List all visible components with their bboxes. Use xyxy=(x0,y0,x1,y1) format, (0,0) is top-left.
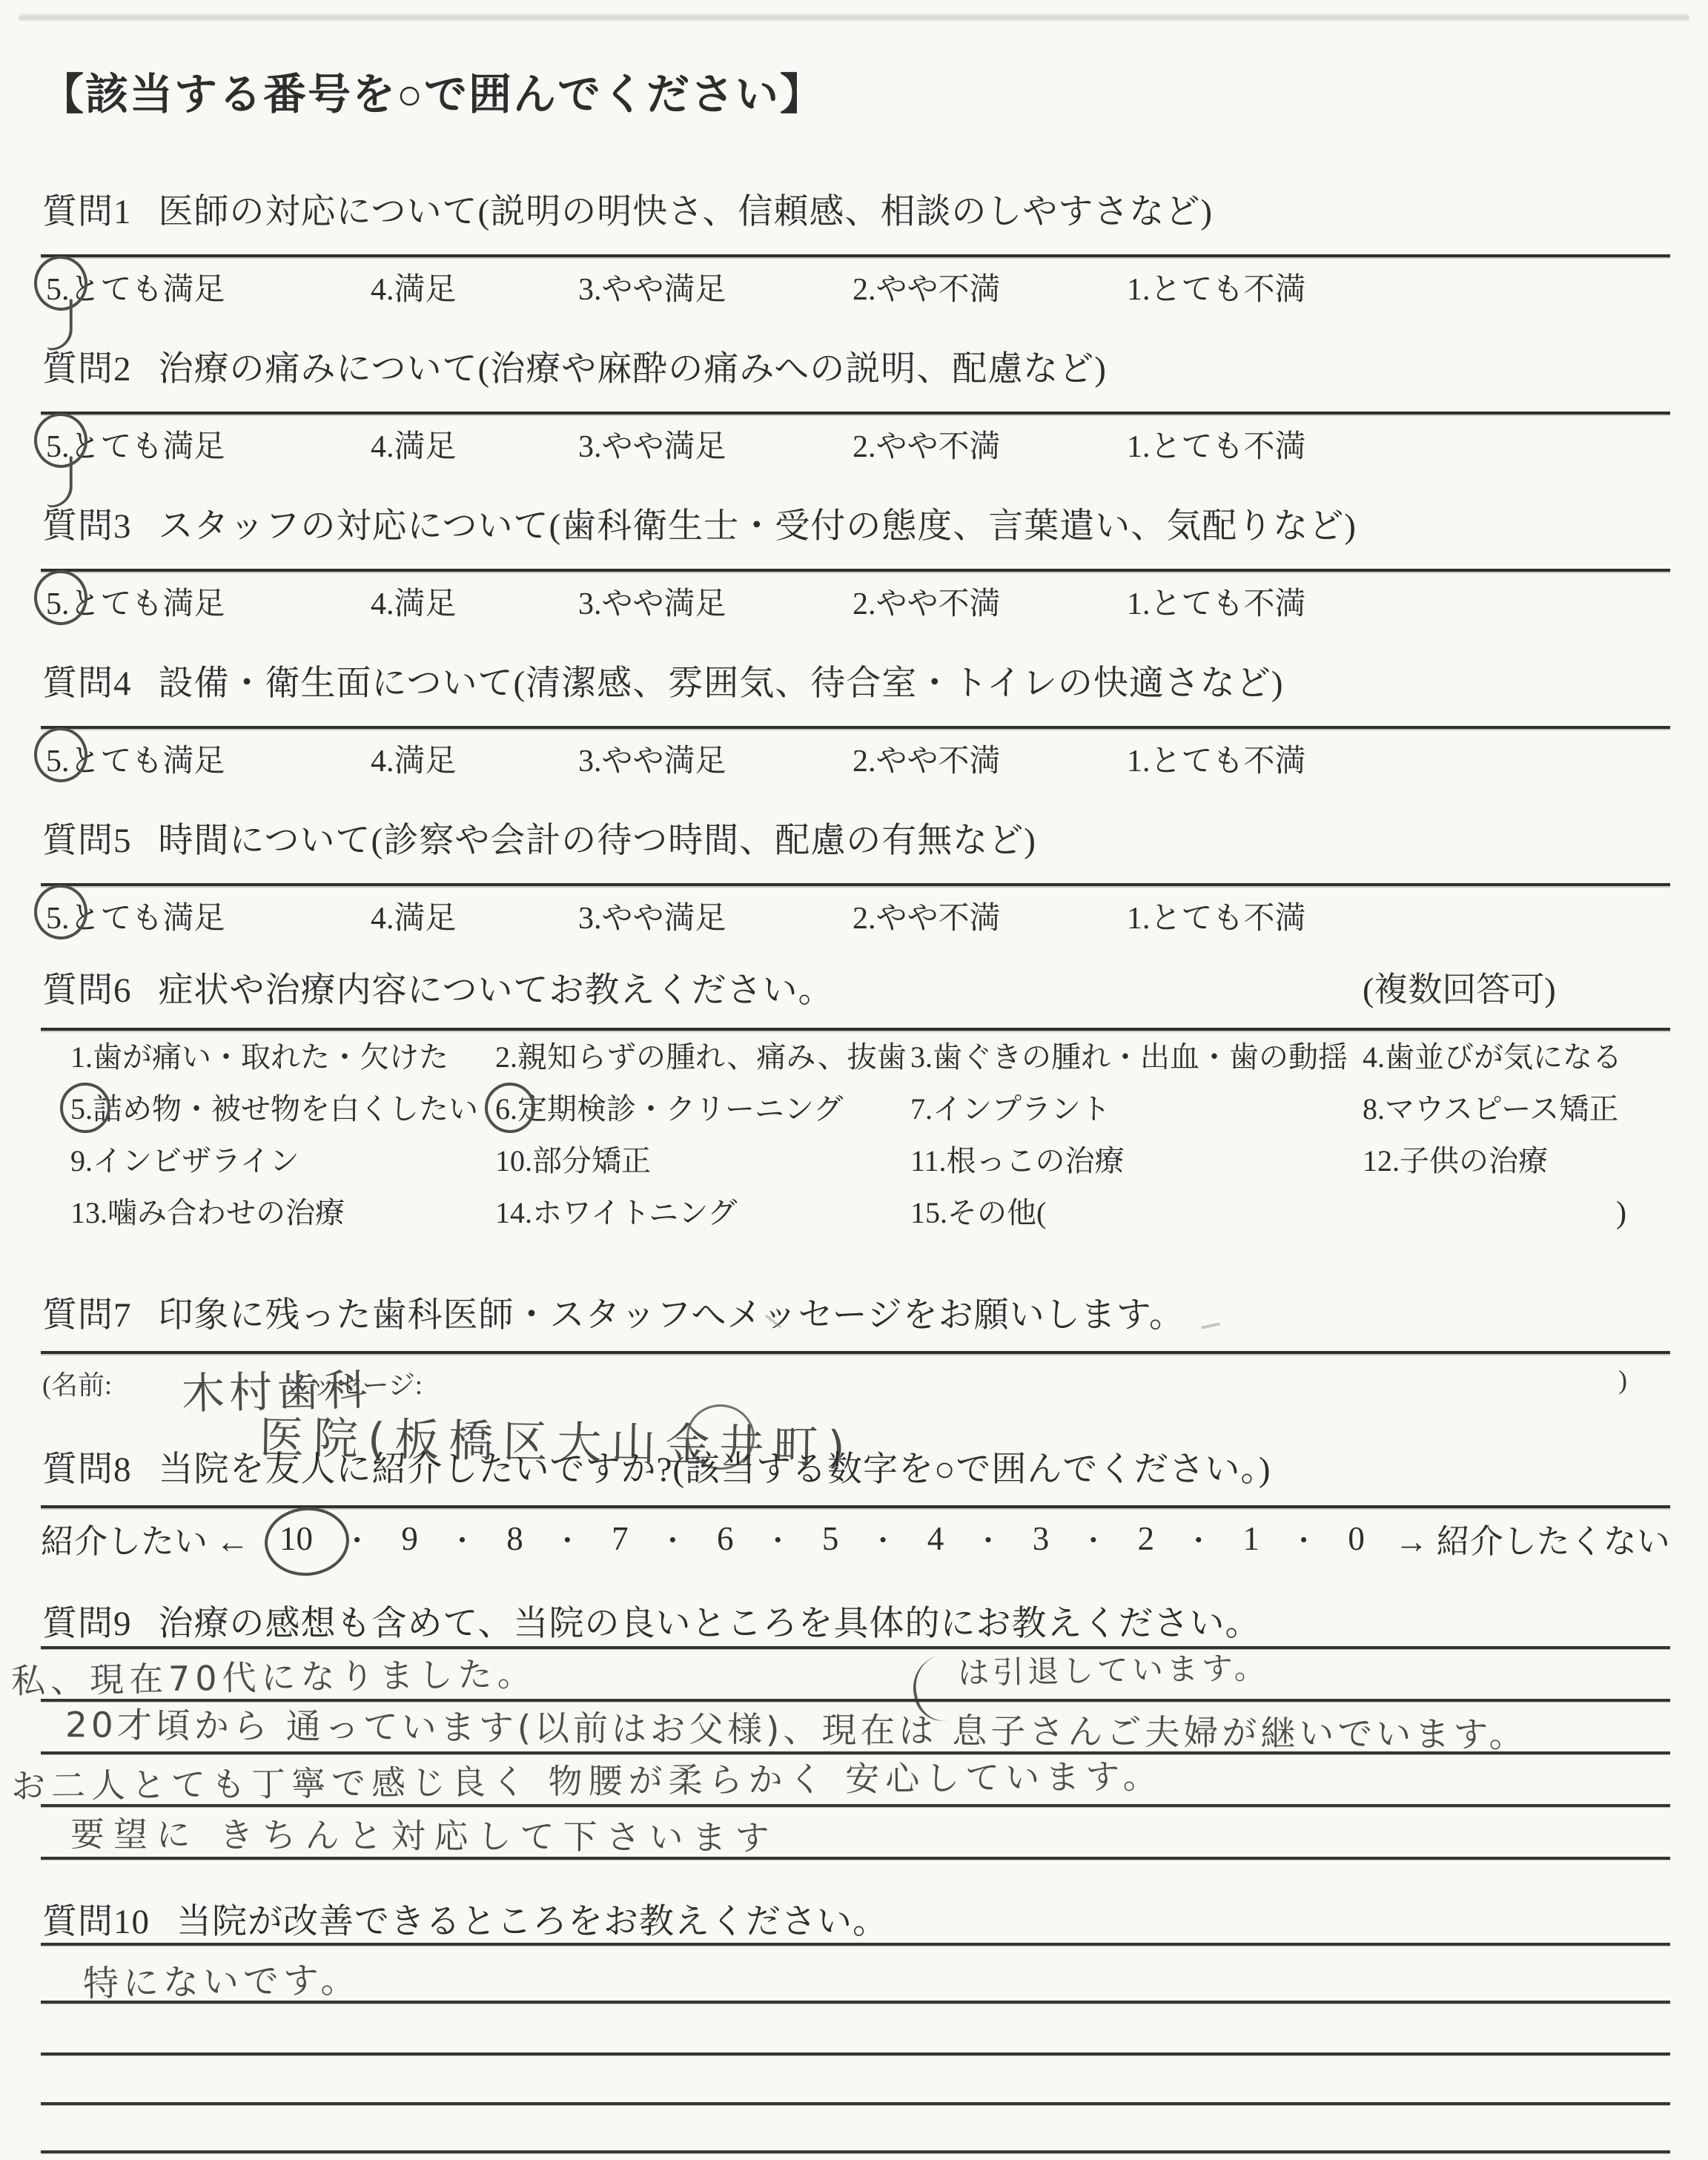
scale-number: 4 xyxy=(927,1519,944,1558)
answer-line-blank xyxy=(41,2052,1670,2055)
scale-number: 9 xyxy=(401,1519,418,1558)
multiple-answers-note: (複数回答可) xyxy=(1363,962,1556,1011)
scale-dot: ・ xyxy=(869,1518,897,1559)
question-9-label: 質問9 xyxy=(42,1605,132,1643)
divider-line xyxy=(41,1351,1670,1354)
option-label: 5.とても満足 xyxy=(46,744,225,779)
scale-dot: ・ xyxy=(1079,1518,1108,1559)
question-5-title: 時間について(診察や会計の待つ時間、配慮の有無など) xyxy=(159,822,1036,860)
question-7-title: 印象に残った歯科医師・スタッフへメッセージをお願いします。 xyxy=(159,1296,1185,1335)
handwritten-answer-line-1: 私、現在70代になりました。 xyxy=(11,1647,537,1703)
q6-item-label: 5.詰め物・被せ物を白くしたい xyxy=(70,1092,478,1126)
answer-line xyxy=(41,1804,1670,1807)
divider-line xyxy=(41,883,1670,886)
scan-artifact-top xyxy=(19,13,1689,22)
scale-left-label: 紹介したい ← xyxy=(41,1514,249,1562)
scale-dot: ・ xyxy=(448,1518,477,1559)
answer-line xyxy=(41,2001,1670,2004)
option-3: 3.やや満足 xyxy=(578,894,726,938)
divider-line xyxy=(41,1943,1670,1946)
question-1-header: 質問1医師の対応について(説明の明快さ、信頼感、相談のしやすさなど) xyxy=(42,184,1213,234)
scale-dot: ・ xyxy=(343,1518,371,1559)
q6-item-9: 9.インビザライン xyxy=(70,1142,478,1194)
answer-line xyxy=(41,1857,1670,1860)
q6-item-13: 13.噛み合わせの治療 xyxy=(70,1194,478,1246)
option-3: 3.やや満足 xyxy=(578,265,726,309)
q6-other-close-paren: ) xyxy=(1616,1195,1626,1231)
scale-dot: ・ xyxy=(553,1518,581,1559)
question-8-title: 当院を友人に紹介したいですか?(該当する数字を○で囲んでください。) xyxy=(159,1450,1271,1489)
q6-item-8: 8.マウスピース矯正 xyxy=(1363,1090,1622,1142)
question-1-title: 医師の対応について(説明の明快さ、信頼感、相談のしやすさなど) xyxy=(159,193,1213,231)
answer-line xyxy=(41,1646,1670,1649)
option-1: 1.とても不満 xyxy=(1127,422,1306,466)
option-3: 3.やや満足 xyxy=(578,579,726,624)
question-6-header: 質問6症状や治療内容についてお教えください。 xyxy=(42,962,834,1012)
question-7-label: 質問7 xyxy=(42,1296,132,1335)
option-5-selected: 5.とても満足 xyxy=(46,579,225,624)
q6-item-10: 10.部分矯正 xyxy=(495,1142,907,1194)
option-label: 5.とても満足 xyxy=(46,430,225,464)
question-4-header: 質問4設備・衛生面について(清潔感、雰囲気、待合室・トイレの快適さなど) xyxy=(42,655,1284,705)
question-3-label: 質問3 xyxy=(42,507,132,546)
option-4: 4.満足 xyxy=(371,736,457,781)
handwritten-answer-line-3: お二人とても丁寧で感じ良く 物腰が柔らかく 安心しています。 xyxy=(11,1749,1163,1809)
scale-number: 0 xyxy=(1348,1519,1365,1558)
q6-item-2: 2.親知らずの腫れ、痛み、抜歯 xyxy=(495,1038,907,1090)
handwritten-answer-line-2: 20才頃から 通っています(以前はお父様)、現在は 息子さんご夫婦が継いでいます… xyxy=(65,1697,1528,1757)
q6-column-4: 4.歯並びが気になる 8.マウスピース矯正 12.子供の治療 xyxy=(1363,1038,1622,1194)
question-1-options: 5.とても満足 4.満足 3.やや満足 2.やや不満 1.とても不満 xyxy=(0,265,1708,309)
question-2-label: 質問2 xyxy=(42,350,132,389)
question-4-options: 5.とても満足 4.満足 3.やや満足 2.やや不満 1.とても不満 xyxy=(0,736,1708,781)
question-6-title: 症状や治療内容についてお教えください。 xyxy=(159,971,834,1010)
option-label: 5.とても満足 xyxy=(46,273,225,307)
divider-line xyxy=(41,1505,1670,1508)
q6-column-1: 1.歯が痛い・取れた・欠けた 5.詰め物・被せ物を白くしたい 9.インビザライン… xyxy=(70,1038,478,1246)
question-2-header: 質問2治療の痛みについて(治療や麻酔の痛みへの説明、配慮など) xyxy=(42,341,1107,391)
scale-number: 3 xyxy=(1033,1519,1050,1558)
question-10-label: 質問10 xyxy=(42,1903,150,1941)
scale-number: 2 xyxy=(1138,1519,1155,1558)
question-3-header: 質問3スタッフの対応について(歯科衛生士・受付の態度、言葉遣い、気配りなど) xyxy=(42,498,1357,548)
handwritten-answer-line-4: 要望に きちんと対応して下さいます xyxy=(70,1808,778,1860)
question-10-header: 質問10当院が改善できるところをお教えください。 xyxy=(42,1894,888,1943)
divider-line xyxy=(41,569,1670,572)
q6-item-4: 4.歯並びが気になる xyxy=(1363,1038,1622,1090)
option-4: 4.満足 xyxy=(371,265,457,309)
question-4-title: 設備・衛生面について(清潔感、雰囲気、待合室・トイレの快適さなど) xyxy=(159,664,1284,703)
question-6-label: 質問6 xyxy=(42,971,132,1010)
question-4-label: 質問4 xyxy=(42,664,132,703)
scale-number: 10 xyxy=(279,1520,313,1557)
scale-dot: ・ xyxy=(974,1518,1002,1559)
scale-dot: ・ xyxy=(1290,1518,1318,1559)
q6-item-11: 11.根っこの治療 xyxy=(910,1142,1348,1194)
question-8-header: 質問8当院を友人に紹介したいですか?(該当する数字を○で囲んでください。) xyxy=(42,1441,1271,1491)
scale-dot: ・ xyxy=(658,1518,686,1559)
option-4: 4.満足 xyxy=(371,894,457,938)
q6-item-7: 7.インプラント xyxy=(910,1090,1348,1142)
answer-line-blank xyxy=(41,2102,1670,2105)
divider-line xyxy=(41,254,1670,257)
scale-10-selected: 10 xyxy=(279,1519,313,1558)
question-3-options: 5.とても満足 4.満足 3.やや満足 2.やや不満 1.とても不満 xyxy=(0,579,1708,624)
q6-item-1: 1.歯が痛い・取れた・欠けた xyxy=(70,1038,478,1090)
scale-right-label: → 紹介したくない xyxy=(1395,1514,1670,1562)
recommend-scale: 紹介したい ← 10 ・ 9 ・ 8 ・ 7 ・ 6 ・ 5 ・ 4 ・ 3 ・… xyxy=(41,1514,1670,1562)
scale-number: 8 xyxy=(506,1519,523,1558)
question-1-label: 質問1 xyxy=(42,193,132,231)
pen-mark xyxy=(1201,1322,1220,1329)
question-9-title: 治療の感想も含めて、当院の良いところを具体的にお教えください。 xyxy=(159,1605,1261,1643)
question-2-options: 5.とても満足 4.満足 3.やや満足 2.やや不満 1.とても不満 xyxy=(0,422,1708,466)
divider-line xyxy=(41,412,1670,415)
question-5-options: 5.とても満足 4.満足 3.やや満足 2.やや不満 1.とても不満 xyxy=(0,894,1708,938)
scale-number: 1 xyxy=(1242,1519,1260,1558)
option-5-selected: 5.とても満足 xyxy=(46,265,225,309)
scale-number: 6 xyxy=(717,1519,734,1558)
option-5-selected: 5.とても満足 xyxy=(46,736,225,781)
option-4: 4.満足 xyxy=(371,422,457,466)
q6-item-6-selected: 6.定期検診・クリーニング xyxy=(495,1090,843,1142)
question-10-title: 当院が改善できるところをお教えください。 xyxy=(176,1903,888,1941)
option-label: 5.とても満足 xyxy=(46,587,225,621)
option-2: 2.やや不満 xyxy=(853,265,1001,309)
q6-column-3: 3.歯ぐきの腫れ・出血・歯の動揺 7.インプラント 11.根っこの治療 15.そ… xyxy=(910,1038,1348,1246)
question-2-title: 治療の痛みについて(治療や麻酔の痛みへの説明、配慮など) xyxy=(159,350,1107,389)
handwritten-insertion-note: は引退しています。 xyxy=(958,1643,1270,1693)
option-2: 2.やや不満 xyxy=(853,579,1001,624)
option-2: 2.やや不満 xyxy=(853,736,1001,781)
page-title: 【該当する番号を○で囲んでください】 xyxy=(41,59,824,122)
option-label: 5.とても満足 xyxy=(46,902,225,936)
question-3-title: スタッフの対応について(歯科衛生士・受付の態度、言葉遣い、気配りなど) xyxy=(159,507,1357,546)
option-2: 2.やや不満 xyxy=(853,894,1001,938)
option-1: 1.とても不満 xyxy=(1127,265,1306,309)
option-3: 3.やや満足 xyxy=(578,736,726,781)
option-1: 1.とても不満 xyxy=(1127,579,1306,624)
question-8-label: 質問8 xyxy=(42,1450,132,1489)
q6-column-2: 2.親知らずの腫れ、痛み、抜歯 6.定期検診・クリーニング 10.部分矯正 14… xyxy=(495,1038,907,1246)
scale-dot: ・ xyxy=(1185,1518,1213,1559)
q6-item-3: 3.歯ぐきの腫れ・出血・歯の動揺 xyxy=(910,1038,1348,1090)
question-9-header: 質問9治療の感想も含めて、当院の良いところを具体的にお教えください。 xyxy=(42,1596,1261,1645)
question-7-header: 質問7印象に残った歯科医師・スタッフへメッセージをお願いします。 xyxy=(42,1287,1185,1337)
name-field-label: (名前: xyxy=(42,1364,112,1402)
option-3: 3.やや満足 xyxy=(578,422,726,466)
option-1: 1.とても不満 xyxy=(1127,736,1306,781)
question-5-label: 質問5 xyxy=(42,822,132,860)
answer-line-blank xyxy=(41,2150,1670,2153)
question-5-header: 質問5時間について(診察や会計の待つ時間、配慮の有無など) xyxy=(42,813,1036,862)
option-4: 4.満足 xyxy=(371,579,457,624)
option-2: 2.やや不満 xyxy=(853,422,1001,466)
scale-dot: ・ xyxy=(764,1518,792,1559)
q6-item-14: 14.ホワイトニング xyxy=(495,1194,907,1246)
option-5-selected: 5.とても満足 xyxy=(46,894,225,938)
q6-item-label: 6.定期検診・クリーニング xyxy=(495,1092,843,1126)
q6-item-12: 12.子供の治療 xyxy=(1363,1142,1622,1194)
divider-line xyxy=(41,726,1670,729)
scale-number: 7 xyxy=(612,1519,629,1558)
q6-item-5-selected: 5.詰め物・被せ物を白くしたい xyxy=(70,1090,478,1142)
q7-close-paren: ) xyxy=(1618,1364,1627,1396)
scanned-survey-page: 【該当する番号を○で囲んでください】 質問1医師の対応について(説明の明快さ、信… xyxy=(0,0,1708,2160)
divider-line xyxy=(41,1028,1670,1031)
option-1: 1.とても不満 xyxy=(1127,894,1306,938)
scale-number: 5 xyxy=(822,1519,839,1558)
q6-item-15: 15.その他( xyxy=(910,1194,1348,1246)
handwritten-answer-q10: 特にないです。 xyxy=(83,1951,361,2006)
option-5-selected: 5.とても満足 xyxy=(46,422,225,466)
